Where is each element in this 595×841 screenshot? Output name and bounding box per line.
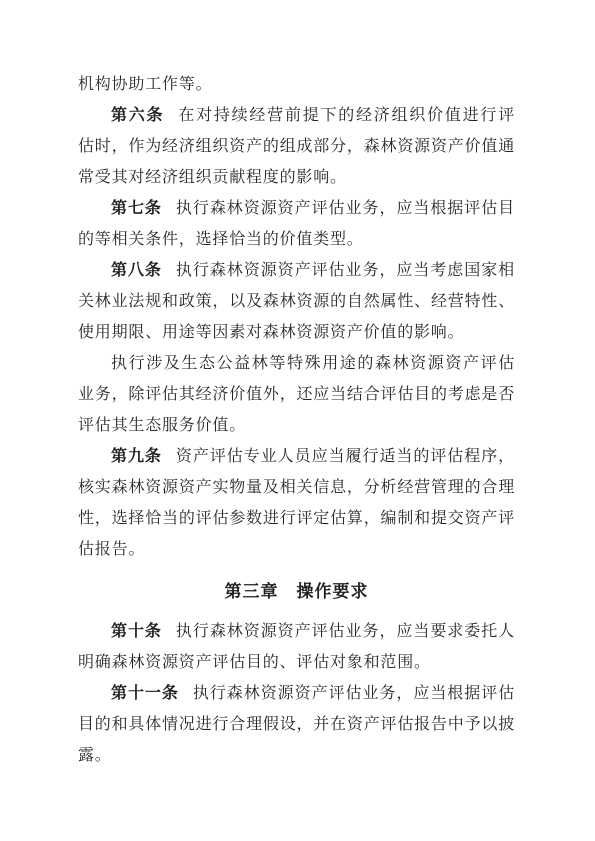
line-text: 使用期限、用途等因素对森林资源资产价值的影响。 — [78, 324, 464, 341]
text-line: 第十一条执行森林资源资产评估业务，应当根据评估 — [78, 678, 515, 709]
line-text: 目的和具体情况进行合理假设，并在资产评估报告中予以披 — [78, 716, 515, 733]
text-line: 关林业法规和政策，以及森林资源的自然属性、经营特性、 — [78, 286, 515, 317]
article-number: 第九条 — [111, 448, 162, 465]
text-line: 露。 — [78, 740, 515, 771]
text-line: 常受其对经济组织贡献程度的影响。 — [78, 162, 515, 193]
line-text: 露。 — [78, 747, 112, 764]
line-text: 执行森林资源资产评估业务，应当要求委托人 — [176, 623, 515, 640]
line-text: 机构协助工作等。 — [78, 76, 212, 93]
line-text: 估时，作为经济组织资产的组成部分，森林资源资产价值通 — [78, 138, 515, 155]
text-line: 明确森林资源资产评估目的、评估对象和范围。 — [78, 647, 515, 678]
line-text: 的等相关条件，选择恰当的价值类型。 — [78, 231, 364, 248]
line-text: 估报告。 — [78, 541, 145, 558]
line-text: 性，选择恰当的评估参数进行评定估算，编制和提交资产评 — [78, 510, 515, 527]
line-text: 执行森林资源资产评估业务，应当考虑国家相 — [176, 262, 515, 279]
text-line: 执行涉及生态公益林等特殊用途的森林资源资产评估 — [78, 348, 515, 379]
text-line: 业务，除评估其经济价值外，还应当结合评估目的考虑是否 — [78, 379, 515, 410]
chapter-heading: 第三章 操作要求 — [78, 576, 515, 607]
text-line: 第九条资产评估专业人员应当履行适当的评估程序， — [78, 441, 515, 472]
text-line: 机构协助工作等。 — [78, 69, 515, 100]
article-number: 第十一条 — [111, 685, 179, 702]
text-line: 第八条执行森林资源资产评估业务，应当考虑国家相 — [78, 255, 515, 286]
text-line: 估时，作为经济组织资产的组成部分，森林资源资产价值通 — [78, 131, 515, 162]
text-line: 第七条执行森林资源资产评估业务，应当根据评估目 — [78, 193, 515, 224]
text-body: 机构协助工作等。 第六条在对持续经营前提下的经济组织价值进行评 估时，作为经济组… — [78, 69, 515, 771]
line-text: 业务，除评估其经济价值外，还应当结合评估目的考虑是否 — [78, 386, 515, 403]
line-text: 执行森林资源资产评估业务，应当根据评估目 — [176, 200, 515, 217]
document-page: 机构协助工作等。 第六条在对持续经营前提下的经济组织价值进行评 估时，作为经济组… — [0, 0, 595, 841]
text-line: 估报告。 — [78, 534, 515, 565]
line-text: 执行森林资源资产评估业务，应当根据评估 — [193, 685, 515, 702]
line-text: 评估其生态服务价值。 — [78, 417, 246, 434]
text-line: 评估其生态服务价值。 — [78, 410, 515, 441]
line-text: 常受其对经济组织贡献程度的影响。 — [78, 169, 347, 186]
line-text: 明确森林资源资产评估目的、评估对象和范围。 — [78, 654, 431, 671]
text-line: 目的和具体情况进行合理假设，并在资产评估报告中予以披 — [78, 709, 515, 740]
text-line: 第六条在对持续经营前提下的经济组织价值进行评 — [78, 100, 515, 131]
text-line: 的等相关条件，选择恰当的价值类型。 — [78, 224, 515, 255]
line-text: 核实森林资源资产实物量及相关信息，分析经营管理的合理 — [78, 479, 515, 496]
line-text: 执行涉及生态公益林等特殊用途的森林资源资产评估 — [111, 355, 515, 372]
article-number: 第六条 — [111, 107, 164, 124]
text-line: 核实森林资源资产实物量及相关信息，分析经营管理的合理 — [78, 472, 515, 503]
chapter-heading-text: 第三章 操作要求 — [225, 582, 369, 601]
line-text: 资产评估专业人员应当履行适当的评估程序， — [176, 448, 515, 465]
article-number: 第十条 — [111, 623, 162, 640]
text-line: 性，选择恰当的评估参数进行评定估算，编制和提交资产评 — [78, 503, 515, 534]
article-number: 第七条 — [111, 200, 162, 217]
text-line: 第十条执行森林资源资产评估业务，应当要求委托人 — [78, 616, 515, 647]
line-text: 关林业法规和政策，以及森林资源的自然属性、经营特性、 — [78, 293, 515, 310]
text-line: 使用期限、用途等因素对森林资源资产价值的影响。 — [78, 317, 515, 348]
line-text: 在对持续经营前提下的经济组织价值进行评 — [178, 107, 515, 124]
article-number: 第八条 — [111, 262, 162, 279]
